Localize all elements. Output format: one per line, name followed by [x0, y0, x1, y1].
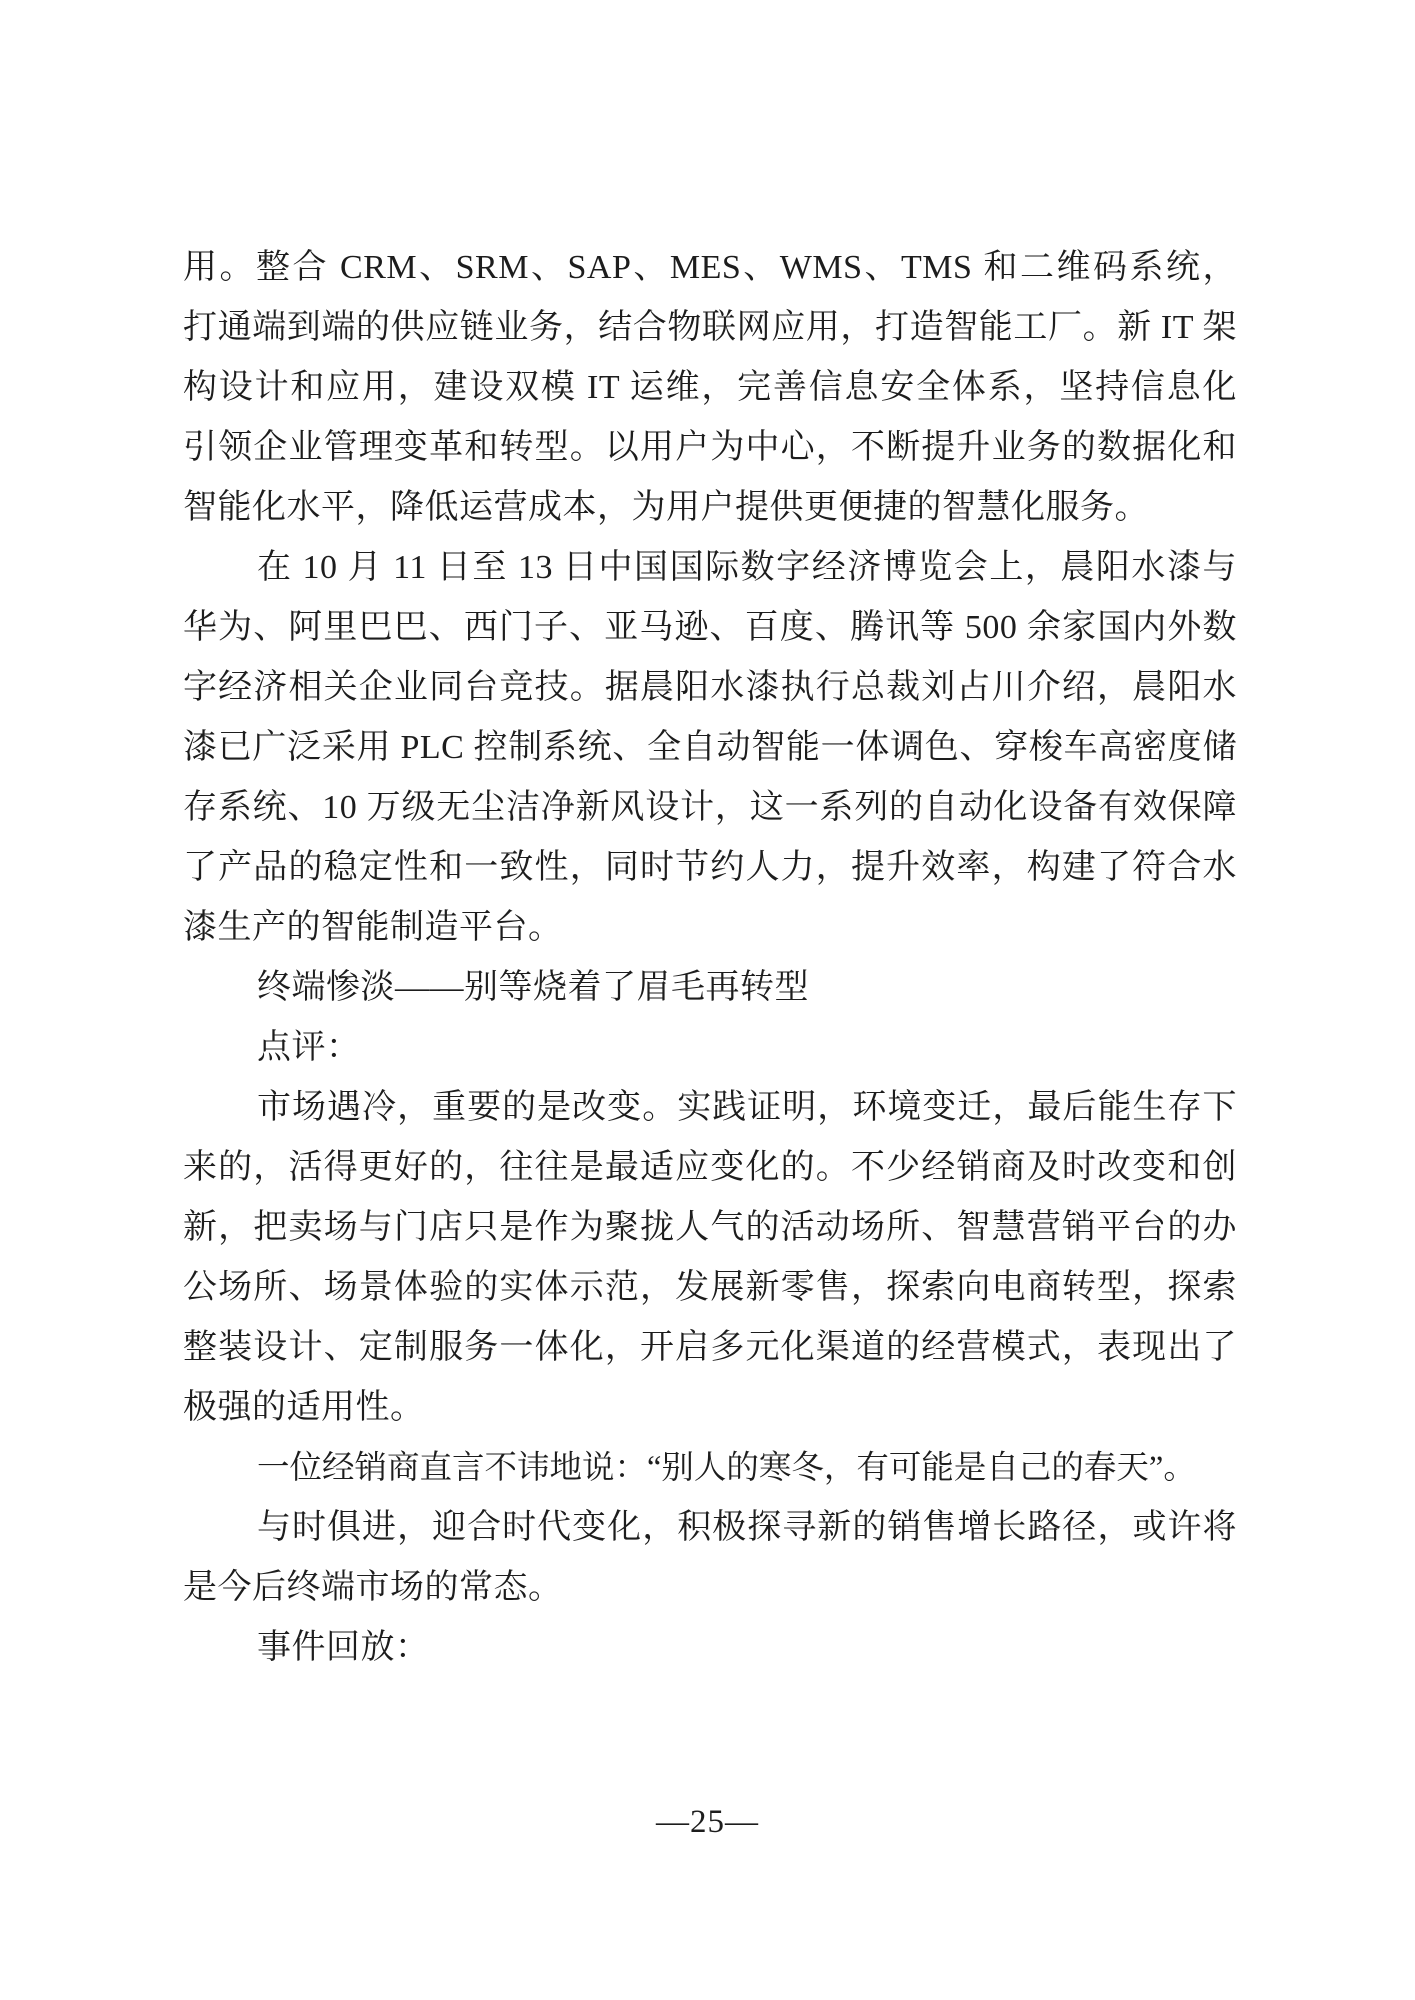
text-line: 是今后终端市场的常态。 — [183, 1558, 1237, 1618]
section-subtitle: 终端惨淡——别等烧着了眉毛再转型 — [183, 958, 1237, 1018]
text-line: 一位经销商直言不讳地说：“别人的寒冬，有可能是自己的春天”。 — [183, 1438, 1237, 1498]
text-line: 字经济相关企业同台竞技。据晨阳水漆执行总裁刘占川介绍，晨阳水 — [183, 658, 1237, 718]
text-line: 漆生产的智能制造平台。 — [183, 898, 1237, 958]
text-line: 整装设计、定制服务一体化，开启多元化渠道的经营模式，表现出了 — [183, 1318, 1237, 1378]
document-page: 用。整合 CRM、SRM、SAP、MES、WMS、TMS 和二维码系统， 打通端… — [0, 0, 1415, 2000]
text-line: 用。整合 CRM、SRM、SAP、MES、WMS、TMS 和二维码系统， — [183, 238, 1237, 298]
text-line: 存系统、10 万级无尘洁净新风设计，这一系列的自动化设备有效保障 — [183, 778, 1237, 838]
text-line: 极强的适用性。 — [183, 1378, 1237, 1438]
text-line: 漆已广泛采用 PLC 控制系统、全自动智能一体调色、穿梭车高密度储 — [183, 718, 1237, 778]
text-line: 来的，活得更好的，往往是最适应变化的。不少经销商及时改变和创 — [183, 1138, 1237, 1198]
section-label: 事件回放： — [183, 1618, 1237, 1678]
text-line: 智能化水平，降低运营成本，为用户提供更便捷的智慧化服务。 — [183, 478, 1237, 538]
text-line: 引领企业管理变革和转型。以用户为中心，不断提升业务的数据化和 — [183, 418, 1237, 478]
text-line: 华为、阿里巴巴、西门子、亚马逊、百度、腾讯等 500 余家国内外数 — [183, 598, 1237, 658]
page-number: —25— — [0, 1799, 1415, 1845]
text-line: 在 10 月 11 日至 13 日中国国际数字经济博览会上，晨阳水漆与 — [183, 538, 1237, 598]
section-label: 点评： — [183, 1018, 1237, 1078]
text-line: 打通端到端的供应链业务，结合物联网应用，打造智能工厂。新 IT 架 — [183, 298, 1237, 358]
text-block: 用。整合 CRM、SRM、SAP、MES、WMS、TMS 和二维码系统， 打通端… — [183, 238, 1237, 1678]
text-line: 构设计和应用，建设双模 IT 运维，完善信息安全体系，坚持信息化 — [183, 358, 1237, 418]
text-line: 公场所、场景体验的实体示范，发展新零售，探索向电商转型，探索 — [183, 1258, 1237, 1318]
text-line: 市场遇冷，重要的是改变。实践证明，环境变迁，最后能生存下 — [183, 1078, 1237, 1138]
text-line: 了产品的稳定性和一致性，同时节约人力，提升效率，构建了符合水 — [183, 838, 1237, 898]
text-line: 与时俱进，迎合时代变化，积极探寻新的销售增长路径，或许将 — [183, 1498, 1237, 1558]
text-line: 新，把卖场与门店只是作为聚拢人气的活动场所、智慧营销平台的办 — [183, 1198, 1237, 1258]
